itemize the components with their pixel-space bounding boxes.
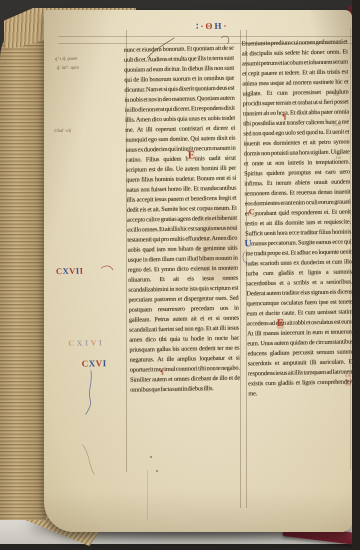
pen-flourish-red	[101, 266, 113, 270]
pen-flourish	[221, 36, 228, 44]
pen-flourish	[146, 38, 174, 59]
manuscript-photo: ∶·ʘH· q° t.q̃. quam q̃. lat°. quia Chal'…	[0, 0, 360, 550]
pen-flourish-blue	[85, 370, 92, 414]
hairline-mark	[82, 444, 95, 474]
pen-flourishes	[0, 0, 360, 550]
pen-flourish-blue	[243, 251, 247, 263]
written-area: ∶·ʘH· q° t.q̃. quam q̃. lat°. quia Chal'…	[0, 0, 360, 550]
